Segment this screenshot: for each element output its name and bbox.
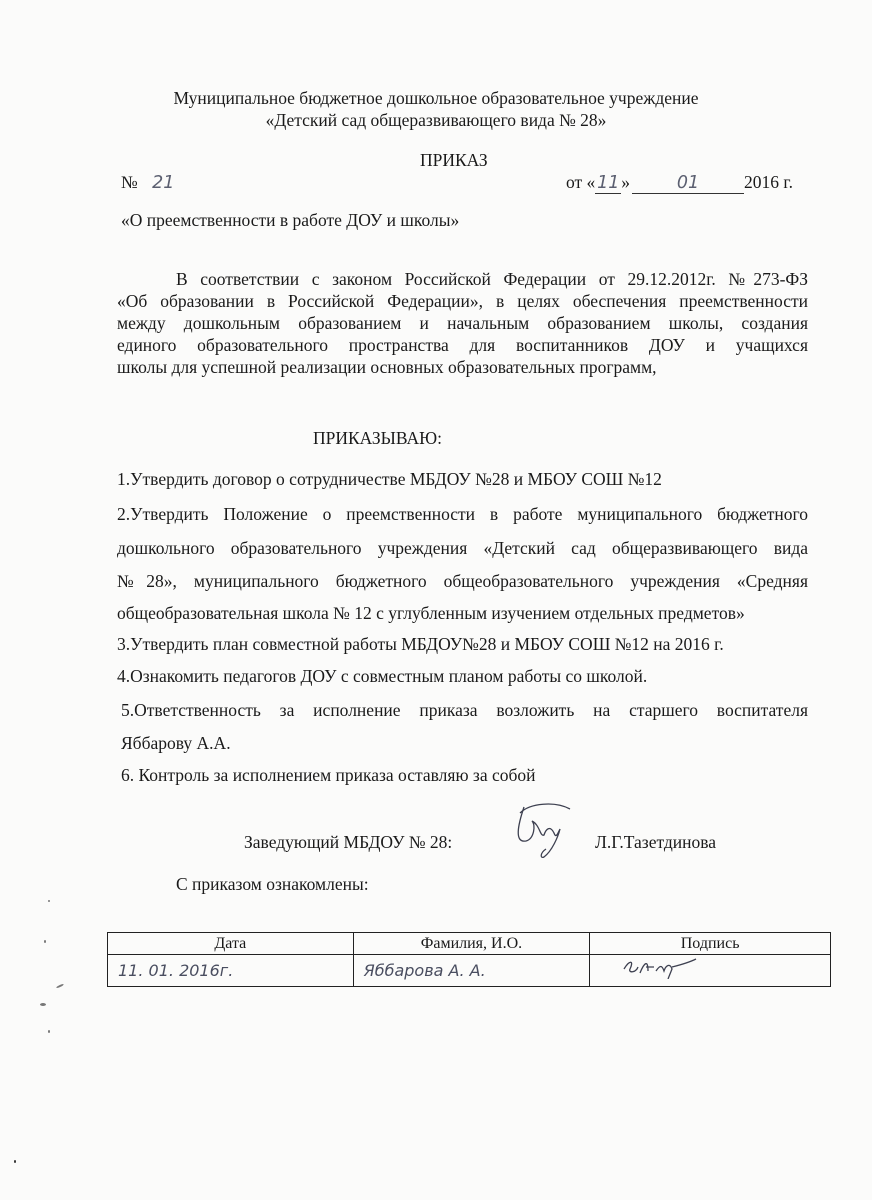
directive-item-3: 3.Утвердить план совместной работы МБДОУ… [117, 634, 724, 655]
order-number-value: 21 [152, 173, 174, 193]
preamble-line: школы для успешной реализации основных о… [117, 357, 657, 378]
directive-item-2-cont: №28», муниципального бюджетного общеобра… [117, 571, 808, 592]
date-month: 01 [632, 175, 744, 194]
directive-item-5: 5.Ответственность за исполнение приказа … [121, 700, 808, 721]
acknowledgement-label: С приказом ознакомлены: [176, 874, 369, 895]
date-day: 11 [595, 175, 621, 194]
table-header-row: Дата Фамилия, И.О. Подпись [108, 933, 831, 955]
column-header-date: Дата [108, 933, 354, 955]
preamble-line: «Об образовании в Российской Федерации»,… [117, 291, 808, 312]
date-prefix: от « [566, 172, 595, 192]
directive-heading: ПРИКАЗЫВАЮ: [313, 428, 442, 449]
preamble-line: единого образовательного пространства дл… [117, 335, 808, 356]
scan-artifact [56, 983, 64, 988]
cell-name: Яббарова А. А. [353, 955, 590, 987]
signatory-position: Заведующий МБДОУ № 28: [244, 832, 452, 853]
column-header-signature: Подпись [590, 933, 831, 955]
director-signature-icon [500, 795, 580, 865]
directive-item-1: 1.Утвердить договор о сотрудничестве МБД… [117, 469, 662, 490]
order-subject: «О преемственности в работе ДОУ и школы» [121, 210, 459, 231]
preamble-line: В соответствии с законом Российской Феде… [176, 269, 808, 290]
signature-icon [620, 955, 700, 979]
order-number-label: № [121, 172, 138, 192]
date-mid: » [621, 172, 630, 192]
order-title: ПРИКАЗ [420, 150, 488, 171]
scan-artifact [48, 1030, 50, 1033]
directive-item-2-cont: общеобразовательная школа № 12 с углубле… [117, 603, 745, 624]
org-name-line2: «Детский сад общеразвивающего вида № 28» [0, 110, 872, 131]
directive-item-6: 6. Контроль за исполнением приказа остав… [121, 765, 536, 786]
table-row: 11. 01. 2016г. Яббарова А. А. [108, 955, 831, 987]
scan-artifact [40, 1003, 46, 1006]
acknowledgement-table: Дата Фамилия, И.О. Подпись 11. 01. 2016г… [107, 932, 831, 987]
directive-item-2-cont: дошкольного образовательного учреждения … [117, 538, 808, 559]
order-number: № 21 [121, 172, 174, 193]
order-date: от «11»012016 г. [566, 172, 793, 194]
scan-artifact [44, 940, 46, 943]
column-header-name: Фамилия, И.О. [353, 933, 590, 955]
org-name-line1: Муниципальное бюджетное дошкольное образ… [0, 88, 872, 109]
directive-item-2: 2.Утвердить Положение о преемственности … [117, 504, 808, 525]
directive-item-4: 4.Ознакомить педагогов ДОУ с совместным … [117, 666, 647, 687]
cell-date: 11. 01. 2016г. [108, 955, 354, 987]
directive-item-5-cont: Яббарову А.А. [121, 733, 231, 754]
signatory-name: Л.Г.Тазетдинова [595, 832, 716, 853]
scan-artifact [48, 900, 50, 902]
preamble-line: между дошкольным образованием и начальны… [117, 313, 808, 334]
date-year: 2016 г. [744, 172, 793, 192]
scan-artifact [14, 1160, 16, 1163]
cell-signature [590, 955, 831, 987]
